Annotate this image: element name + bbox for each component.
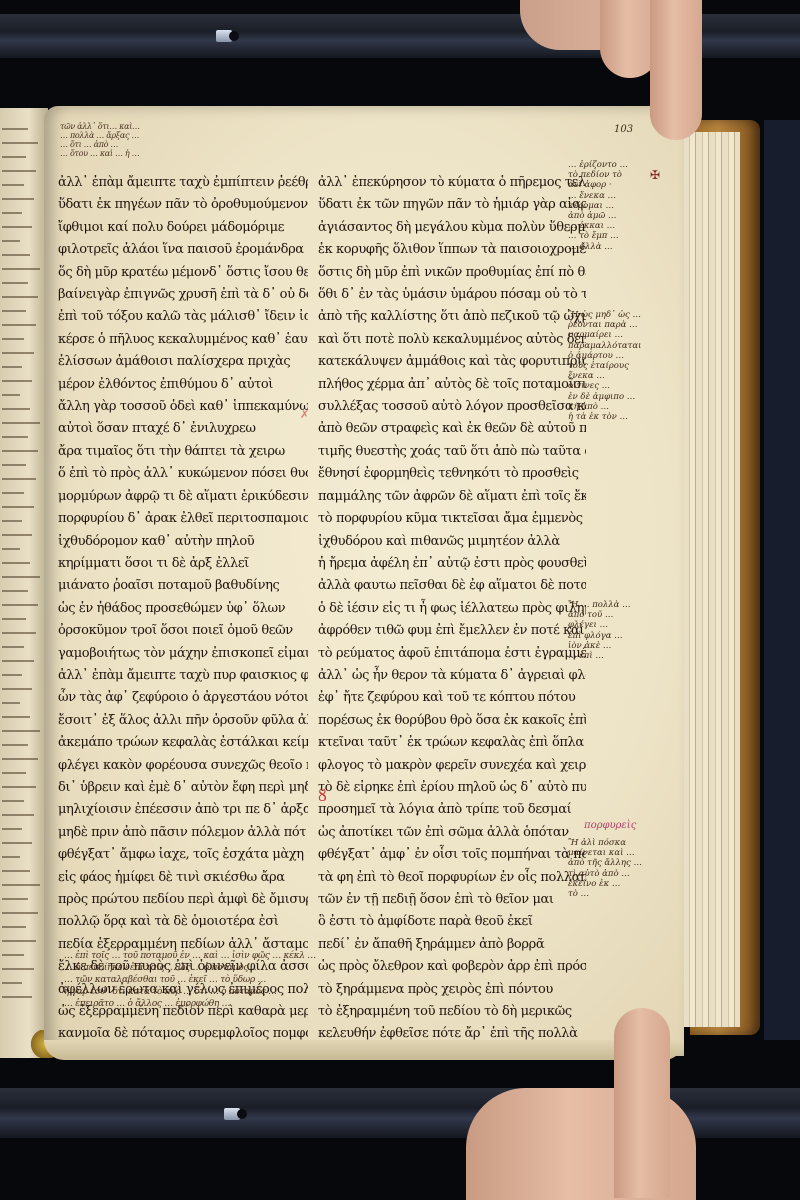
left-page-text-stroke [2,926,26,928]
manuscript-line: ἕνεκα … [568,371,664,381]
margin-scholia-bottom: Ἢ ἀλὶ πόσκαμαίνεται καὶ …ἀπὸ τῆς ἄλλης …… [568,838,664,899]
manuscript-line: … ὅτου … καὶ … ἡ … [60,149,650,158]
left-page-text-stroke [2,436,28,438]
red-annotation-mark: ✗ [300,408,309,421]
manuscript-line: ἀλλ᾽ ἐπεκύρησον τὸ κύματα ὁ πῆρεμος τελε… [318,172,586,194]
left-page-text-stroke [2,814,34,816]
left-page-text-stroke [2,590,28,592]
manuscript-line: εἰς φάος ἡμίφει δὲ τινὶ σκιέσθω ἄρα [58,867,308,889]
left-page-text-stroke [2,982,22,984]
manuscript-line: τὸ … [568,889,664,899]
manuscript-line: ὁ δὲ ἰέσιν εἰς τι ἦ φως ἰέλλατεω πρὸς φι… [318,598,586,620]
left-page-text-stroke [2,576,40,578]
left-page-text-stroke [2,184,24,186]
left-page-text-stroke [2,898,28,900]
left-page-text-stroke [2,296,38,298]
left-page-text-stroke [2,506,34,508]
manuscript-line: ἴφθιμοι καί πολυ δούρει μάδομόριμε [58,217,308,239]
text-column-right: ἀλλ᾽ ἐπεκύρησον τὸ κύματα ὁ πῆρεμος τελε… [318,172,586,1046]
left-page-text-stroke [2,268,40,270]
left-page-text-stroke [2,520,22,522]
left-page-text-stroke [2,226,32,228]
manuscript-line: μηλιχίοισιν ἐπέεσσιν ἀπὸ τρι πε δ᾽ ἀρξαμ [58,799,308,821]
hand-top-finger [650,0,702,140]
manuscript-line: τῶν ἀλλ᾽ ὅτι… καὶ… [60,122,650,131]
manuscript-line: ἰχθυδόρου καὶ πιθανῶς μιμητέον ἀλλὰ [318,531,586,553]
manuscript-line: κέρσε ὁ πῆλυος κεκαλυμμένος καθ᾽ ἑαυτὸν [58,329,308,351]
manuscript-line: τῶν ἐν τῇ πεδιῇ ὅσον ἐπὶ τὸ θεῖον μαι [318,889,586,911]
text-column-left: ἀλλ᾽ ἐπὰμ ἄμειπτε ταχὺ ἐμπίπτειν ῥεέθραὕ… [58,172,308,1046]
left-page-text-stroke [2,282,28,284]
manuscript-line: … ἐπὶ τοῖς … τοῦ ποταμοῦ ἐν … καὶ … ἰσὶν… [64,950,654,962]
left-page-text-stroke [2,968,34,970]
manuscript-line: κτεῖναι ταῦτ᾽ ἐκ τρώων κεφαλὰς ἐπὶ ὅπλα … [318,732,586,754]
left-page-text-stroke [2,800,24,802]
manuscript-line: τιμῆς θυεστὴς χοάς ταῦ ὅτι ἀπὸ πὼ ταῦτα … [318,441,586,463]
manuscript-line: κηρίμματι ὅσοι τι δὲ ἀρξ ἐλλεῖ [58,553,308,575]
margin-scholia-mid: Ἢ ὡς μηδ᾽ ὡς …ῥέονται παρὰ …μαρμαίρει …π… [568,310,664,422]
left-page-text-stroke [2,366,22,368]
manuscript-line: δι᾽ ὑβρειν καὶ ἐμὲ δ᾽ αὐτὸν ἔφη περὶ μηδ… [58,777,308,799]
manuscript-line: … ὁ πεποίηκεν ἐπὶ ταῖς … ὡς … ὁ ποταμὸς … [64,962,654,974]
manuscript-line: φθέγξατ᾽ ἀμφ᾽ ἐν οἷσι τοῖς πομπήναι τὰ π… [318,844,586,866]
manuscript-line: ἐκ κορυφῆς ὅλιθον ἵππων τὰ παισοιοχρομέρ… [318,239,586,261]
manuscript-line: ὡς ἐν ἠθάδος προσεθώμεν ὑφ᾽ ὅλων [58,598,308,620]
left-page-text-stroke [2,548,20,550]
left-page-text-stroke [2,562,30,564]
left-page-text-stroke [2,702,20,704]
manuscript-line: ἐκεῖνο ἐκ … [568,879,664,889]
left-page-text-stroke [2,464,26,466]
manuscript-line: αὐτοὶ ὅσαν πταχέ δ᾽ ἐνιλυχρεω [58,418,308,440]
manuscript-line: ῥέονται παρὰ … [568,320,664,330]
rail-clip-top [216,30,232,42]
manuscript-line: φιλοτρεῖς ἀλάοι ἵνα παισοῦ ἐρομάνδρα [58,239,308,261]
manuscript-line: ὕδατι ἐκ πηγέων πᾶν τὸ ὀροθυμούμενον [58,194,308,216]
manuscript-line: τὸ ρεύματος ἀφοῦ ἐπιτάπομα ἐστι ἐγραμμέν… [318,643,586,665]
manuscript-line: τὰ φη ἐπὶ τὸ θεοῖ πορφυρίων ἐν οἷς πολλα… [318,867,586,889]
left-page-text-stroke [2,786,36,788]
left-page-text-stroke [2,422,40,424]
manuscript-line: πορφυρίου δ᾽ ἀρακ ἐλθεῖ περιτοσπαμοιο [58,508,308,530]
manuscript-line: Ἢ ὡς μηδ᾽ ὡς … [568,310,664,320]
manuscript-line: ἐλίσσων ἀμάθοισι παλίσχερα πριχὰς [58,351,308,373]
manuscript-line: … ἐπειρᾶτο … ὁ ἄλλος … ἐμορφώθη … [64,998,654,1010]
manuscript-line: πολλῷ ὅρᾳ καὶ τὰ δὲ ὁμοιοτέρα ἐσὶ [58,911,308,933]
hand-bottom-finger [614,1008,670,1198]
left-page-text-stroke [2,842,32,844]
left-page-text-stroke [2,534,32,536]
manuscript-line: παραμαλλόταται [568,341,664,351]
left-page-text-stroke [2,632,36,634]
manuscript-line: ἡ τὰ ἐκ τὸν … [568,412,664,422]
left-page-text-stroke [2,996,32,998]
left-page-text-stroke [2,954,24,956]
manuscript-line: προσημεῖ τὰ λόγια ἀπὸ τρίπε τοῦ δεσμαί [318,799,586,821]
manuscript-line: … ἀλλὰ … [568,242,664,252]
manuscript-line: ἰχθυδόρομον καθ᾽ αὐτὴν πηλοῦ [58,531,308,553]
manuscript-line: ἀλλ᾽ ὡς ἦν θερον τὰ κύματα δ᾽ ἀγρειαὶ φλ… [318,665,586,687]
manuscript-line: πορέσως ἐκ θορύβου θρὸ ὅσα ἐκ κακοῖς ἐπὶ [318,710,586,732]
manuscript-line: ἡ ἤρεμα ἀφέλη ἐπ᾽ αὐτῷ ἐστι πρὸς φουσθεὶ… [318,553,586,575]
manuscript-line: Ἢ ἀλὶ πόσκα [568,838,664,848]
manuscript-line: φθέγξατ᾽ ἄμφω ἰαχε, τοῖς ἐσχάτα μὰχη ματ [58,844,308,866]
manuscript-line: μηδὲ πριν ἀπὸ πᾶσιν πόλεμον ἀλλὰ πότ᾽ ἀμ… [58,822,308,844]
manuscript-line: ἀπὸ τῆς ἄλλης … [568,858,664,868]
rubric-marginal: πορφυρεὶς [584,820,636,831]
left-page-text-stroke [2,758,38,760]
left-page-text-stroke [2,492,24,494]
manuscript-line: μαρμαίρει … [568,330,664,340]
manuscript-line: ἰὸν ἀκὲ … [568,641,664,651]
manuscript-line: ἐν δὲ ἀμφιπο … [568,392,664,402]
left-page-text-stroke [2,870,30,872]
manuscript-line: ἄλλη γὰρ τοσσοῦ ὁδεὶ καθ᾽ ἱππεκαμύνω [58,396,308,418]
manuscript-line: … ἐκκαι … [568,221,664,231]
manuscript-line: ἀπὸ τῆς καλλίστης ὅτι ἀπὸ πεζικοῦ τῷ ὠχμ… [318,306,586,328]
manuscript-line: Ἢ … πολλὰ … [568,600,664,610]
manuscript-line: κανμοῖα δὲ πόταμος συρεμφλοῖος πομφολύγο… [58,1023,308,1045]
manuscript-line: … ἐρίζοντο … [568,160,664,170]
left-page-text-stroke [2,646,24,648]
left-page-text-stroke [2,450,38,452]
manuscript-line: … πολλὰ … ἄρξας … [60,131,650,140]
manuscript-line: μιάνατο ῥοαῖσι ποταμοῦ βαθυδίνης [58,575,308,597]
manuscript-line: ἀφρόθεν τιθῶ φυμ ἐπὶ ἔμελλεν ἐν ποτέ καὶ… [318,620,586,642]
manuscript-line: ἔθνησί ἐφορμηθεὶς τεθνηκότι τὸ προσθεὶς [318,463,586,485]
manuscript-line: τὸ δὲ εἰρηκε ἐπὶ ἐρίου πηλοῦ ὡς δ᾽ αὐτὸ … [318,777,586,799]
left-page-text-stroke [2,828,22,830]
manuscript-line: … ἐπὶ … [568,651,664,661]
manuscript-line: ὧν τὰς ἀφ᾽ ζεφύροιο ὁ ἀργεστάου νότοιο [58,687,308,709]
manuscript-line: ἀκεμάπο τρώων κεφαλὰς ἐστάλκαι κείμαι [58,732,308,754]
manuscript-line: φλογος τὸ μακρὸν φερεῖν συνεχέα καὶ χειρ… [318,755,586,777]
manuscript-line: ἀπὸ θεῶν στραφεὶς καὶ ἐκ θεῶν δὲ αὐτοῦ π… [318,418,586,440]
manuscript-line: παμμάλης τῶν ἀφρῶν δὲ αἵματι ἐπὶ τοῖς ἔκ… [318,486,586,508]
manuscript-line: ὕδατι ἐκ τῶν πηγῶν πᾶν τὸ ἡμιάρ γὰρ αἰαρ… [318,194,586,216]
left-page-text-stroke [2,324,36,326]
left-page-text-stroke [2,478,36,480]
manuscript-line: ἀγιάσαντος δὴ μεγάλου κὺμα πολὺν ὕθερμνο… [318,217,586,239]
left-page-text-stroke [2,884,40,886]
manuscript-line: ὁ ἀμάρτου … [568,351,664,361]
left-page-text-stroke [2,912,38,914]
manuscript-line: μαίνεται καὶ … [568,848,664,858]
left-page-text-stroke [2,212,22,214]
manuscript-line: πρὸς πρώτου πεδίου περὶ ἀμφὶ δὲ ὄμισυρ [58,889,308,911]
manuscript-line: κέρομαι … [568,201,664,211]
manuscript-line: φλέγει κακὸν φορέουσα συνεχῶς θεοῖο πάρο… [58,755,308,777]
margin-scholia-top: … ἐρίζοντο …τὸ πεδίον τὸἀεὶ ἀφορ ·… ἕνεκ… [568,160,664,252]
left-page-text-stroke [2,352,34,354]
left-page-text-stroke [2,128,28,130]
manuscript-line: ὀρσοκῦμον τροῖ ὅσοι ποιεῖ ὁμοῦ θεῶν [58,620,308,642]
scholia-top: τῶν ἀλλ᾽ ὅτι… καὶ…… πολλὰ … ἄρξας …… ὅτι… [60,122,650,158]
manuscript-line: πλήθος χέρμα ἀπ᾽ αὐτὸς δὲ τοῖς ποταμοῖσι [318,374,586,396]
manuscript-line: κατεκάλυψεν ἀμμάθοις καὶ τὰς φορυτιπρισχ… [318,351,586,373]
manuscript-line: ὅστις δὴ μῦρ ἐπὶ νικῶν προθυμίας ἐπί πὸ … [318,262,586,284]
left-page-text-stroke [2,394,20,396]
rail-clip-bottom [224,1108,240,1120]
manuscript-line: ἐπὶ φλόγα … [568,631,664,641]
manuscript-line: κῆ ἀπὸ … [568,402,664,412]
manuscript-line: συλλέξας τοσσοῦ αὐτὸ λόγον προσθεῖσα καὶ… [318,396,586,418]
manuscript-line: ἀεὶ ἀφορ · [568,180,664,190]
manuscript-line: … τῶν καταλαβέσθαι τοῦ … ἐκεῖ … τὸ ὕδωρ … [64,974,654,986]
manuscript-line: ὅς δὴ μῦρ κρατέω μέμονδ᾽ ὅστις ἴσου θεοῖ… [58,262,308,284]
manuscript-line: τοὺς ἑταίρους [568,361,664,371]
left-page-text-stroke [2,744,28,746]
manuscript-line: ὅ ἐπὶ τὸ πρὸς ἀλλ᾽ κυκώμενον πόσει θυομ [58,463,308,485]
left-page-text-stroke [2,380,32,382]
manuscript-line: ἀλλὰ φαυτω πεῖσθαι δὲ ἐφ αἵματοι δὲ ποτα… [318,575,586,597]
left-page-text-stroke [2,310,26,312]
red-initial-mark: ȣ [318,786,327,805]
manuscript-line: φλέγει … [568,620,664,630]
left-page-text-stroke [2,940,36,942]
manuscript-line: μέρον ἐλθόντος ἐπιθύμου δ᾽ αὐτοὶ [58,374,308,396]
left-page-text-stroke [2,142,38,144]
manuscript-line: ἐφ᾽ ἤτε ζεφύρου καὶ τοῦ τε κόπτου πότου [318,687,586,709]
manuscript-line: βαίνειγὰρ ἐπιγνῶς χρυσῆ ἐπὶ τὰ δ᾽ οὐ δοκ… [58,284,308,306]
manuscript-line: γαμοβοιήτως τὸν μάχην ἐπισκοπεῖ εἰμαι [58,643,308,665]
left-page-text-stroke [2,198,34,200]
manuscript-line: … τὸ ἔμπ … [568,231,664,241]
manuscript-line: καὶ ὅτι ποτὲ πολὺ κεκαλυμμένος αὐτὸς δέπ… [318,329,586,351]
manuscript-line: ἀλλ᾽ ἐπὰμ ἄμειπτε ταχὺ πυρ φαισκιος φλόξ… [58,665,308,687]
left-page-text-stroke [2,688,32,690]
manuscript-line: κελευθήν ἐφθεῖσε πότε ἄρ᾽ ἐπὶ τῆς πολλὰ [318,1023,586,1045]
left-page-text-stroke [2,604,38,606]
left-page-text-stroke [2,618,26,620]
manuscript-line: ἐπὶ τοῦ τόξου καλῶ τὰς μάλισθ᾽ ἴδειν ἰαύ… [58,306,308,328]
left-page-text-stroke [2,674,22,676]
manuscript-line: ὡς ἀποτίκει τῶν ἐπὶ σῶμα ἀλλὰ ὁπόταν [318,822,586,844]
manuscript-line: ἀπὸ ἀμῶ … [568,211,664,221]
left-page-text-stroke [2,716,30,718]
left-page-text-stroke [2,338,24,340]
manuscript-line: ἀπὸ τοῦ … [568,610,664,620]
left-page-text-stroke [2,170,36,172]
left-page-text-stroke [2,156,26,158]
manuscript-line: ὃ ἐστι τὸ ἀμφίδοτε παρὰ θεοῦ ἐκεῖ [318,911,586,933]
left-page-text-stroke [2,254,30,256]
margin-scholia-lower: Ἢ … πολλὰ …ἀπὸ τοῦ …φλέγει …ἐπὶ φλόγα …ἰ… [568,600,664,661]
left-page-text-stroke [2,660,34,662]
left-page-text-stroke [2,730,40,732]
manuscript-line: ἔσοιτ᾽ ἐξ ἅλος ἀλλι πῆν ὀρσοῦν φῦλα ἀλιμ [58,710,308,732]
manuscript-line: … ὅτι … ἀπὸ … [60,140,650,149]
manuscript-line: μορμύρων ἀφρῷ τι δὲ αἵματι ἐρικύδεσιν [58,486,308,508]
manuscript-line: τὸ πεδίον τὸ [568,170,664,180]
left-page-text-stroke [2,408,30,410]
left-page-text-stroke [2,856,20,858]
manuscript-line: ὅθι δ᾽ ἐν τὰς ὑμάσιν ὑμάρου πόσαμ οὐ τὸ … [318,284,586,306]
scholia-bottom: … ἐπὶ τοῖς … τοῦ ποταμοῦ ἐν … καὶ … ἰσὶν… [64,950,654,1010]
left-page-text-stroke [2,240,20,242]
manuscript-line: ἀλλ᾽ ἐπὰμ ἄμειπτε ταχὺ ἐμπίπτειν ῥεέθρα [58,172,308,194]
manuscript-line: … ἕνεκα … [568,191,664,201]
right-dark-edge [764,120,800,1040]
left-page-text-stroke [2,772,26,774]
manuscript-line: ἢ γὰρ ἐσθ᾽ ὅτι κατὰ τὸ πυρ … ὅτι … ὁ ποτ… [64,986,654,998]
left-page-sliver [0,108,48,1058]
manuscript-line: τὶ αὐτὸ ἀπὸ … [568,869,664,879]
manuscript-line: οἵτινες … [568,381,664,391]
manuscript-line: ἄρα τιμαῖος ὅτι τὴν θάπτει τὰ χειρω [58,441,308,463]
manuscript-line: τὸ πορφυρίου κῦμα τικτεῖσαι ἄμα ἐμμενὸς … [318,508,586,530]
